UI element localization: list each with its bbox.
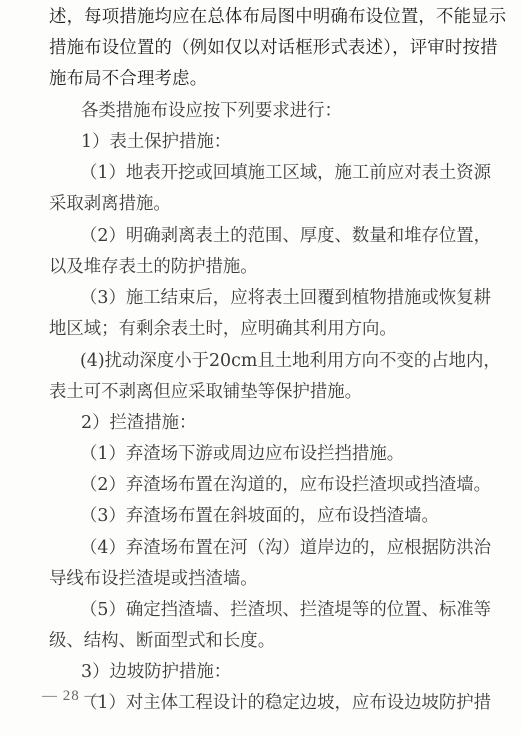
slag-item-4-line-1: （4）弃渣场布置在河（沟）道岸边的，应根据防洪治 — [80, 536, 463, 560]
topsoil-item-1-line-1: （1）地表开挖或回填施工区域，施工前应对表土资源 — [80, 161, 463, 185]
slag-item-5-line-1: （5）确定挡渣墙、拦渣坝、拦渣堤等的位置、标准等 — [80, 598, 463, 622]
intro-line-3: 施布局不合理考虑。 — [49, 67, 463, 91]
topsoil-item-2-line-1: （2）明确剥离表土的范围、厚度、数量和堆存位置， — [80, 224, 463, 248]
section-heading-slope-protection: 3）边坡防护措施： — [81, 660, 463, 684]
slope-item-1-line-1: （1）对主体工程设计的稳定边坡，应布设边坡防护措 — [80, 691, 463, 715]
topsoil-item-4-line-2: 表土可不剥离但应采取铺垫等保护措施。 — [49, 380, 463, 404]
topsoil-item-2-line-2: 以及堆存表土的防护措施。 — [49, 255, 463, 279]
document-page: 述，每项措施均应在总体布局图中明确布设位置，不能显示 措施布设位置的（例如仅以对… — [0, 0, 521, 735]
section-heading-topsoil: 1）表土保护措施： — [81, 130, 463, 154]
topsoil-item-3-line-2: 地区域；有剩余表土时，应明确其利用方向。 — [49, 317, 463, 341]
topsoil-item-1-line-2: 采取剥离措施。 — [49, 192, 463, 216]
lead-in-text: 各类措施布设应按下列要求进行： — [81, 99, 463, 123]
intro-line-1: 述，每项措施均应在总体布局图中明确布设位置，不能显示 — [49, 5, 463, 29]
section-heading-slag-retaining: 2）拦渣措施： — [81, 411, 463, 435]
topsoil-item-4-line-1: (4)扰动深度小于20cm且土地利用方向不变的占地内， — [80, 349, 463, 373]
topsoil-item-3-line-1: （3）施工结束后，应将表土回覆到植物措施或恢复耕 — [80, 286, 463, 310]
slag-item-3: （3）弃渣场布置在斜坡面的，应布设挡渣墙。 — [80, 504, 463, 528]
intro-line-2: 措施布设位置的（例如仅以对话框形式表述），评审时按措 — [49, 36, 463, 60]
slag-item-5-line-2: 级、结构、断面型式和长度。 — [49, 629, 463, 653]
page-number: — 28 — — [42, 688, 101, 705]
slag-item-4-line-2: 导线布设拦渣堤或挡渣墙。 — [49, 567, 463, 591]
slag-item-2: （2）弃渣场布置在沟道的，应布设拦渣坝或挡渣墙。 — [80, 473, 463, 497]
slag-item-1: （1）弃渣场下游或周边应布设拦挡措施。 — [80, 442, 463, 466]
